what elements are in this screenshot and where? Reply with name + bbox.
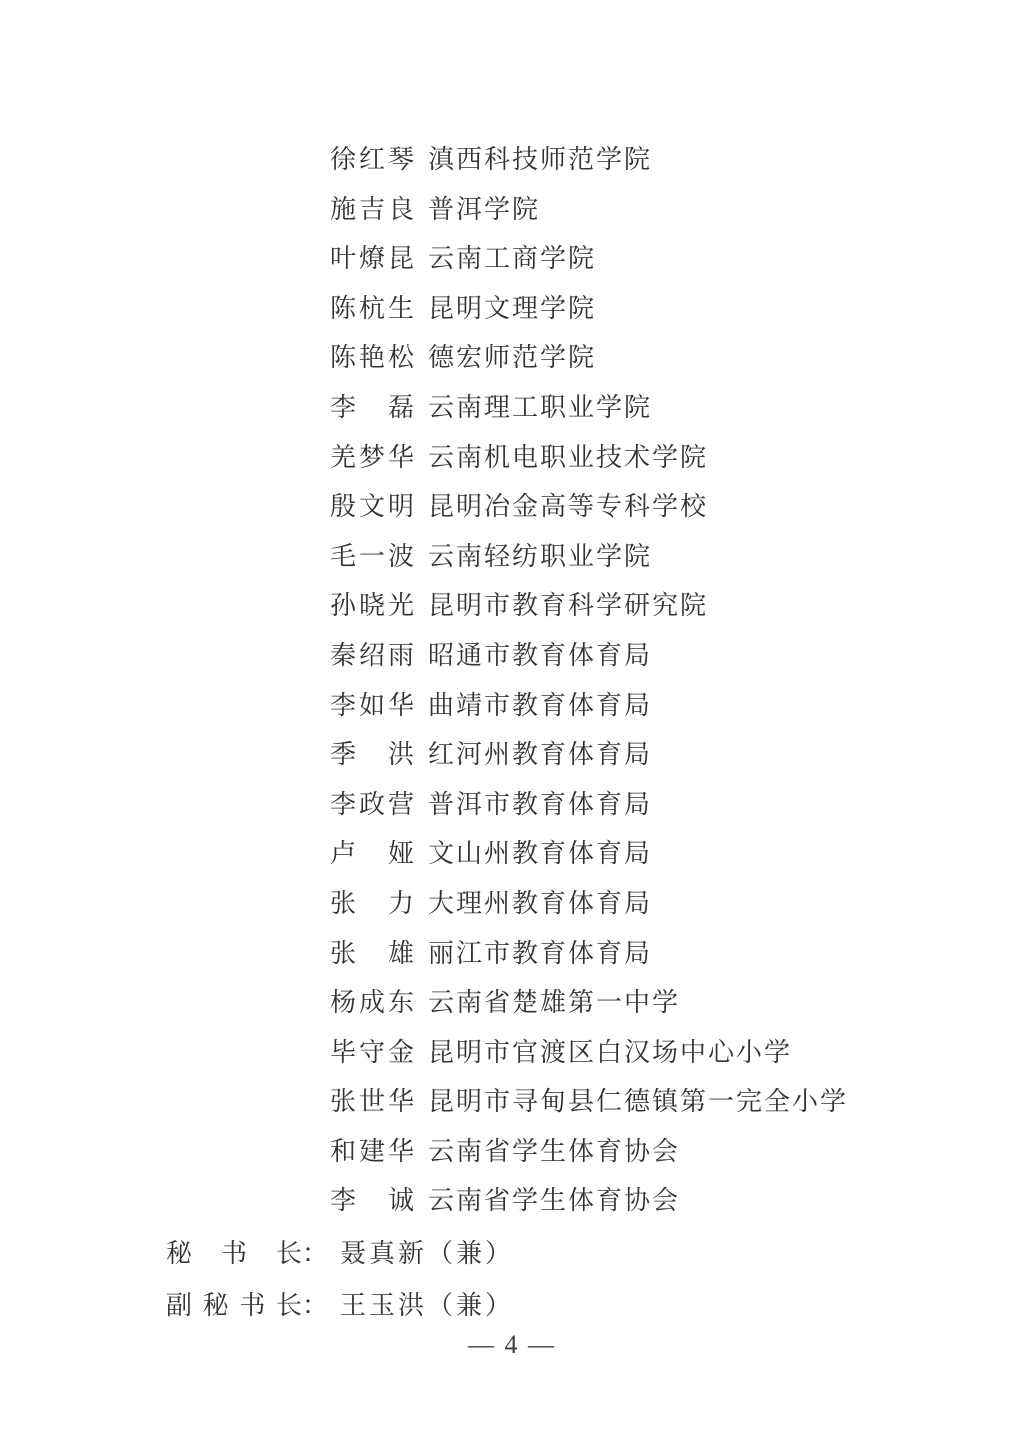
member-name: 陈杭生 (330, 284, 414, 334)
member-name: 叶燎昆 (330, 234, 414, 284)
member-row: 李 诚云南省学生体育协会 (0, 1176, 1024, 1226)
member-row: 季 洪红河州教育体育局 (0, 730, 1024, 780)
member-name: 杨成东 (330, 978, 414, 1028)
member-organization: 昆明文理学院 (428, 284, 596, 334)
member-row: 陈杭生昆明文理学院 (0, 284, 1024, 334)
member-organization: 云南省学生体育协会 (428, 1127, 680, 1177)
member-organization: 普洱市教育体育局 (428, 780, 652, 830)
member-name: 李 磊 (330, 383, 414, 433)
member-row: 叶燎昆云南工商学院 (0, 234, 1024, 284)
member-organization: 昆明市教育科学研究院 (428, 581, 708, 631)
member-row: 孙晓光昆明市教育科学研究院 (0, 581, 1024, 631)
member-name: 孙晓光 (330, 581, 414, 631)
member-name: 施吉良 (330, 185, 414, 235)
member-name: 季 洪 (330, 730, 414, 780)
officer-title-colon: ： (302, 1280, 328, 1332)
member-name: 秦绍雨 (330, 631, 414, 681)
member-organization: 云南工商学院 (428, 234, 596, 284)
officer-title-colon: ： (302, 1228, 328, 1280)
member-name: 毕守金 (330, 1028, 414, 1078)
member-name: 羌梦华 (330, 433, 414, 483)
member-organization: 云南省学生体育协会 (428, 1176, 680, 1226)
officer-title: 秘书长 (166, 1228, 302, 1280)
member-name: 张 雄 (330, 929, 414, 979)
member-list: 徐红琴滇西科技师范学院 施吉良普洱学院 叶燎昆云南工商学院 陈杭生昆明文理学院 … (0, 135, 1024, 1226)
member-row: 和建华云南省学生体育协会 (0, 1127, 1024, 1177)
member-organization: 云南轻纺职业学院 (428, 532, 652, 582)
member-row: 施吉良普洱学院 (0, 185, 1024, 235)
member-name: 陈艳松 (330, 333, 414, 383)
member-organization: 昭通市教育体育局 (428, 631, 652, 681)
member-organization: 云南机电职业技术学院 (428, 433, 708, 483)
member-row: 李 磊云南理工职业学院 (0, 383, 1024, 433)
member-row: 秦绍雨昭通市教育体育局 (0, 631, 1024, 681)
member-row: 卢 娅文山州教育体育局 (0, 829, 1024, 879)
member-name: 李政营 (330, 780, 414, 830)
member-name: 张 力 (330, 879, 414, 929)
member-name: 卢 娅 (330, 829, 414, 879)
member-row: 张 雄丽江市教育体育局 (0, 929, 1024, 979)
member-row: 羌梦华云南机电职业技术学院 (0, 433, 1024, 483)
member-name: 毛一波 (330, 532, 414, 582)
officer-row-deputy-secretary-general: 副秘书长：王玉洪（兼） (0, 1280, 1024, 1332)
officer-name: 聂真新（兼） (340, 1228, 514, 1280)
member-organization: 大理州教育体育局 (428, 879, 652, 929)
member-organization: 普洱学院 (428, 185, 540, 235)
member-row: 杨成东云南省楚雄第一中学 (0, 978, 1024, 1028)
member-organization: 云南省楚雄第一中学 (428, 978, 680, 1028)
member-row: 毛一波云南轻纺职业学院 (0, 532, 1024, 582)
member-organization: 文山州教育体育局 (428, 829, 652, 879)
member-organization: 红河州教育体育局 (428, 730, 652, 780)
member-organization: 德宏师范学院 (428, 333, 596, 383)
member-name: 和建华 (330, 1127, 414, 1177)
member-row: 张 力大理州教育体育局 (0, 879, 1024, 929)
member-organization: 云南理工职业学院 (428, 383, 652, 433)
page-number: — 4 — (0, 1330, 1024, 1360)
member-row: 李如华曲靖市教育体育局 (0, 681, 1024, 731)
officer-title: 副秘书长 (166, 1280, 302, 1332)
member-organization: 昆明冶金高等专科学校 (428, 482, 708, 532)
officer-name: 王玉洪（兼） (340, 1280, 514, 1332)
member-row: 李政营普洱市教育体育局 (0, 780, 1024, 830)
member-organization: 昆明市寻甸县仁德镇第一完全小学 (428, 1077, 848, 1127)
member-organization: 滇西科技师范学院 (428, 135, 652, 185)
member-name: 殷文明 (330, 482, 414, 532)
member-name: 李如华 (330, 681, 414, 731)
member-organization: 昆明市官渡区白汉场中心小学 (428, 1028, 792, 1078)
member-organization: 丽江市教育体育局 (428, 929, 652, 979)
member-name: 李 诚 (330, 1176, 414, 1226)
member-name: 张世华 (330, 1077, 414, 1127)
document-page: 徐红琴滇西科技师范学院 施吉良普洱学院 叶燎昆云南工商学院 陈杭生昆明文理学院 … (0, 0, 1024, 1448)
officer-row-secretary-general: 秘书长：聂真新（兼） (0, 1228, 1024, 1280)
member-name: 徐红琴 (330, 135, 414, 185)
member-row: 张世华昆明市寻甸县仁德镇第一完全小学 (0, 1077, 1024, 1127)
member-row: 毕守金昆明市官渡区白汉场中心小学 (0, 1028, 1024, 1078)
member-row: 殷文明昆明冶金高等专科学校 (0, 482, 1024, 532)
member-organization: 曲靖市教育体育局 (428, 681, 652, 731)
officer-list: 秘书长：聂真新（兼） 副秘书长：王玉洪（兼） (0, 1228, 1024, 1332)
member-row: 陈艳松德宏师范学院 (0, 333, 1024, 383)
member-row: 徐红琴滇西科技师范学院 (0, 135, 1024, 185)
